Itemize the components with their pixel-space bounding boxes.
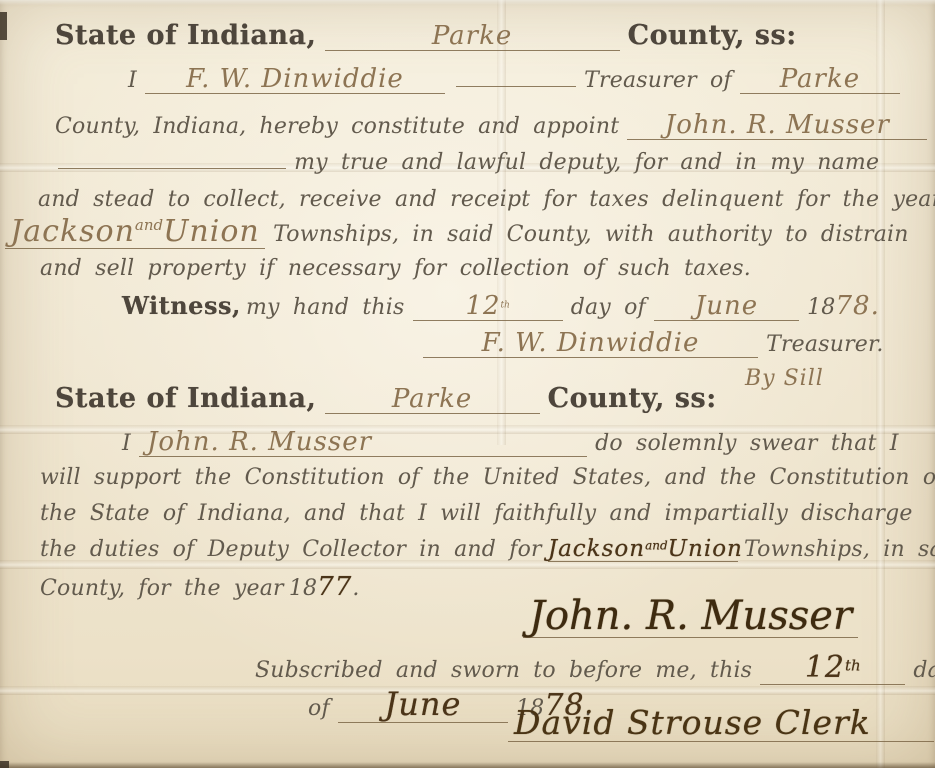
corner-mark-bottom-left <box>0 761 9 768</box>
line-collect: and stead to collect, receive and receip… <box>38 184 935 214</box>
month-blank-2: June <box>338 688 508 723</box>
handwritten-and-superscript-2: and <box>645 539 668 553</box>
county-name-blank-1: Parke <box>325 23 620 51</box>
handwritten-and-superscript-1: and <box>135 216 163 234</box>
witness-month-blank: June <box>654 293 799 321</box>
printed-state-of-indiana-1: State of Indiana, <box>55 20 316 51</box>
line-townships-1: JacksonandUnion Townships, in said Count… <box>2 216 909 249</box>
printed-day-word: day <box>913 658 935 683</box>
handwritten-day-12-2: 12 <box>805 650 845 685</box>
line-oath-name: I John. R. Musser do solemnly swear that… <box>122 429 899 457</box>
treasurer-county-blank: Parke <box>740 66 900 94</box>
handwritten-county-1: Parke <box>432 21 512 51</box>
line-subscribed: Subscribed and sworn to before me, this … <box>255 652 935 685</box>
scanned-document: State of Indiana, Parke County, ss: I F.… <box>0 0 935 768</box>
printed-of-label: of <box>308 696 330 721</box>
handwritten-month-june-1: June <box>695 291 758 321</box>
printed-state-of-indiana-2: State of Indiana, <box>55 383 316 414</box>
corner-mark-top-left <box>0 12 7 40</box>
printed-year-18-2: 18 <box>289 576 317 601</box>
printed-period-1: . <box>352 576 359 601</box>
handwritten-musser-signature: John. R. Musser <box>529 593 852 639</box>
printed-treasurer-title: Treasurer. <box>766 332 883 357</box>
handwritten-by-sill: By Sill <box>745 366 824 391</box>
printed-treasurer-of: Treasurer of <box>584 68 732 93</box>
townships-blank-1: JacksonandUnion <box>5 216 265 249</box>
treasurer-signature-blank: F. W. Dinwiddie <box>423 330 758 358</box>
musser-signature-blank: John. R. Musser <box>523 595 858 638</box>
printed-support-text: will support the Constitution of the Uni… <box>40 465 935 490</box>
handwritten-wit-year-78: 78. <box>836 291 880 321</box>
line-by-note: By Sill <box>745 366 824 391</box>
blank-segment-2 <box>58 148 286 169</box>
line-appoint: County, Indiana, hereby constitute and a… <box>55 112 930 140</box>
handwritten-deponent-name: John. R. Musser <box>147 427 372 457</box>
printed-county-ss-1: County, ss: <box>628 20 797 51</box>
handwritten-treasurer-name: F. W. Dinwiddie <box>186 64 404 94</box>
subscribed-day-blank: 12th <box>760 652 905 685</box>
printed-witness-label: Witness, <box>122 291 241 320</box>
printed-i-1: I <box>128 68 137 93</box>
handwritten-appointee-name: John. R. Musser <box>665 110 890 140</box>
printed-deputy-text: my true and lawful deputy, for and in my… <box>294 150 879 175</box>
line-treasurer-signature: F. W. Dinwiddie Treasurer. <box>420 330 884 358</box>
treasurer-name-blank: F. W. Dinwiddie <box>145 66 445 94</box>
handwritten-township-jackson-2: Jackson <box>548 536 645 562</box>
clerk-signature-blank: David Strouse Clerk <box>508 706 934 742</box>
printed-wit-year-18: 18 <box>807 295 835 320</box>
line-witness: Witness, my hand this 12th day of June 1… <box>122 292 880 322</box>
line-sell-property: and sell property if necessary for colle… <box>40 256 751 281</box>
handwritten-year-77-2: 77 <box>317 572 352 602</box>
printed-state-line-text: the State of Indiana, and that I will fa… <box>40 501 913 526</box>
townships-blank-2: JacksonandUnion <box>548 537 738 562</box>
appointee-name-blank: John. R. Musser <box>627 112 927 140</box>
printed-townships-text-1: Townships, in said County, with authorit… <box>273 222 909 247</box>
printed-witness-text: my hand this <box>246 295 405 320</box>
handwritten-day-12: 12 <box>465 291 500 321</box>
line-county-year: County, for the year 1877. <box>40 573 360 603</box>
handwritten-day-th-2: th <box>845 657 861 675</box>
line-deputy: my true and lawful deputy, for and in my… <box>55 148 879 175</box>
handwritten-township-jackson-1: Jackson <box>10 214 135 249</box>
handwritten-treasurer-signature: F. W. Dinwiddie <box>482 328 700 358</box>
printed-county-ss-2: County, ss: <box>548 383 717 414</box>
witness-day-blank: 12th <box>413 293 563 321</box>
line-clerk-signature: David Strouse Clerk <box>505 706 935 742</box>
line-treasurer: I F. W. Dinwiddie Treasurer of Parke <box>128 66 903 94</box>
blank-segment-1 <box>456 66 576 87</box>
handwritten-county-2: Parke <box>392 384 472 414</box>
line-musser-signature: John. R. Musser <box>520 595 861 638</box>
handwritten-township-union-1: Union <box>163 214 260 249</box>
printed-i-2: I <box>122 431 131 456</box>
deponent-name-blank: John. R. Musser <box>139 429 587 457</box>
handwritten-clerk-signature: David Strouse Clerk <box>514 703 871 742</box>
line-state-county-2: State of Indiana, Parke County, ss: <box>55 383 717 414</box>
printed-collect-text: and stead to collect, receive and receip… <box>38 187 935 212</box>
printed-swear-text: do solemnly swear that I <box>595 431 899 456</box>
printed-subscribed-text: Subscribed and sworn to before me, this <box>255 658 752 683</box>
printed-townships-text-2: Townships, in said <box>744 537 935 562</box>
line-duties: the duties of Deputy Collector in and fo… <box>40 537 935 562</box>
line-state-county-1: State of Indiana, Parke County, ss: <box>55 20 797 51</box>
handwritten-township-union-2: Union <box>668 536 743 562</box>
handwritten-day-th: th <box>501 301 510 311</box>
printed-day-of: day of <box>571 295 646 320</box>
printed-appoint-text: County, Indiana, hereby constitute and a… <box>55 114 619 139</box>
line-support: will support the Constitution of the Uni… <box>40 465 935 490</box>
handwritten-treasurer-county: Parke <box>780 64 860 94</box>
printed-sell-text: and sell property if necessary for colle… <box>40 256 751 281</box>
line-state-indiana: the State of Indiana, and that I will fa… <box>40 501 913 526</box>
county-name-blank-2: Parke <box>325 386 540 414</box>
paper-top-edge <box>0 0 935 5</box>
printed-county-year-text: County, for the year <box>40 576 284 601</box>
handwritten-month-june-2: June <box>384 685 461 723</box>
printed-duties-text: the duties of Deputy Collector in and fo… <box>40 537 542 562</box>
paper-bottom-edge <box>0 762 935 768</box>
